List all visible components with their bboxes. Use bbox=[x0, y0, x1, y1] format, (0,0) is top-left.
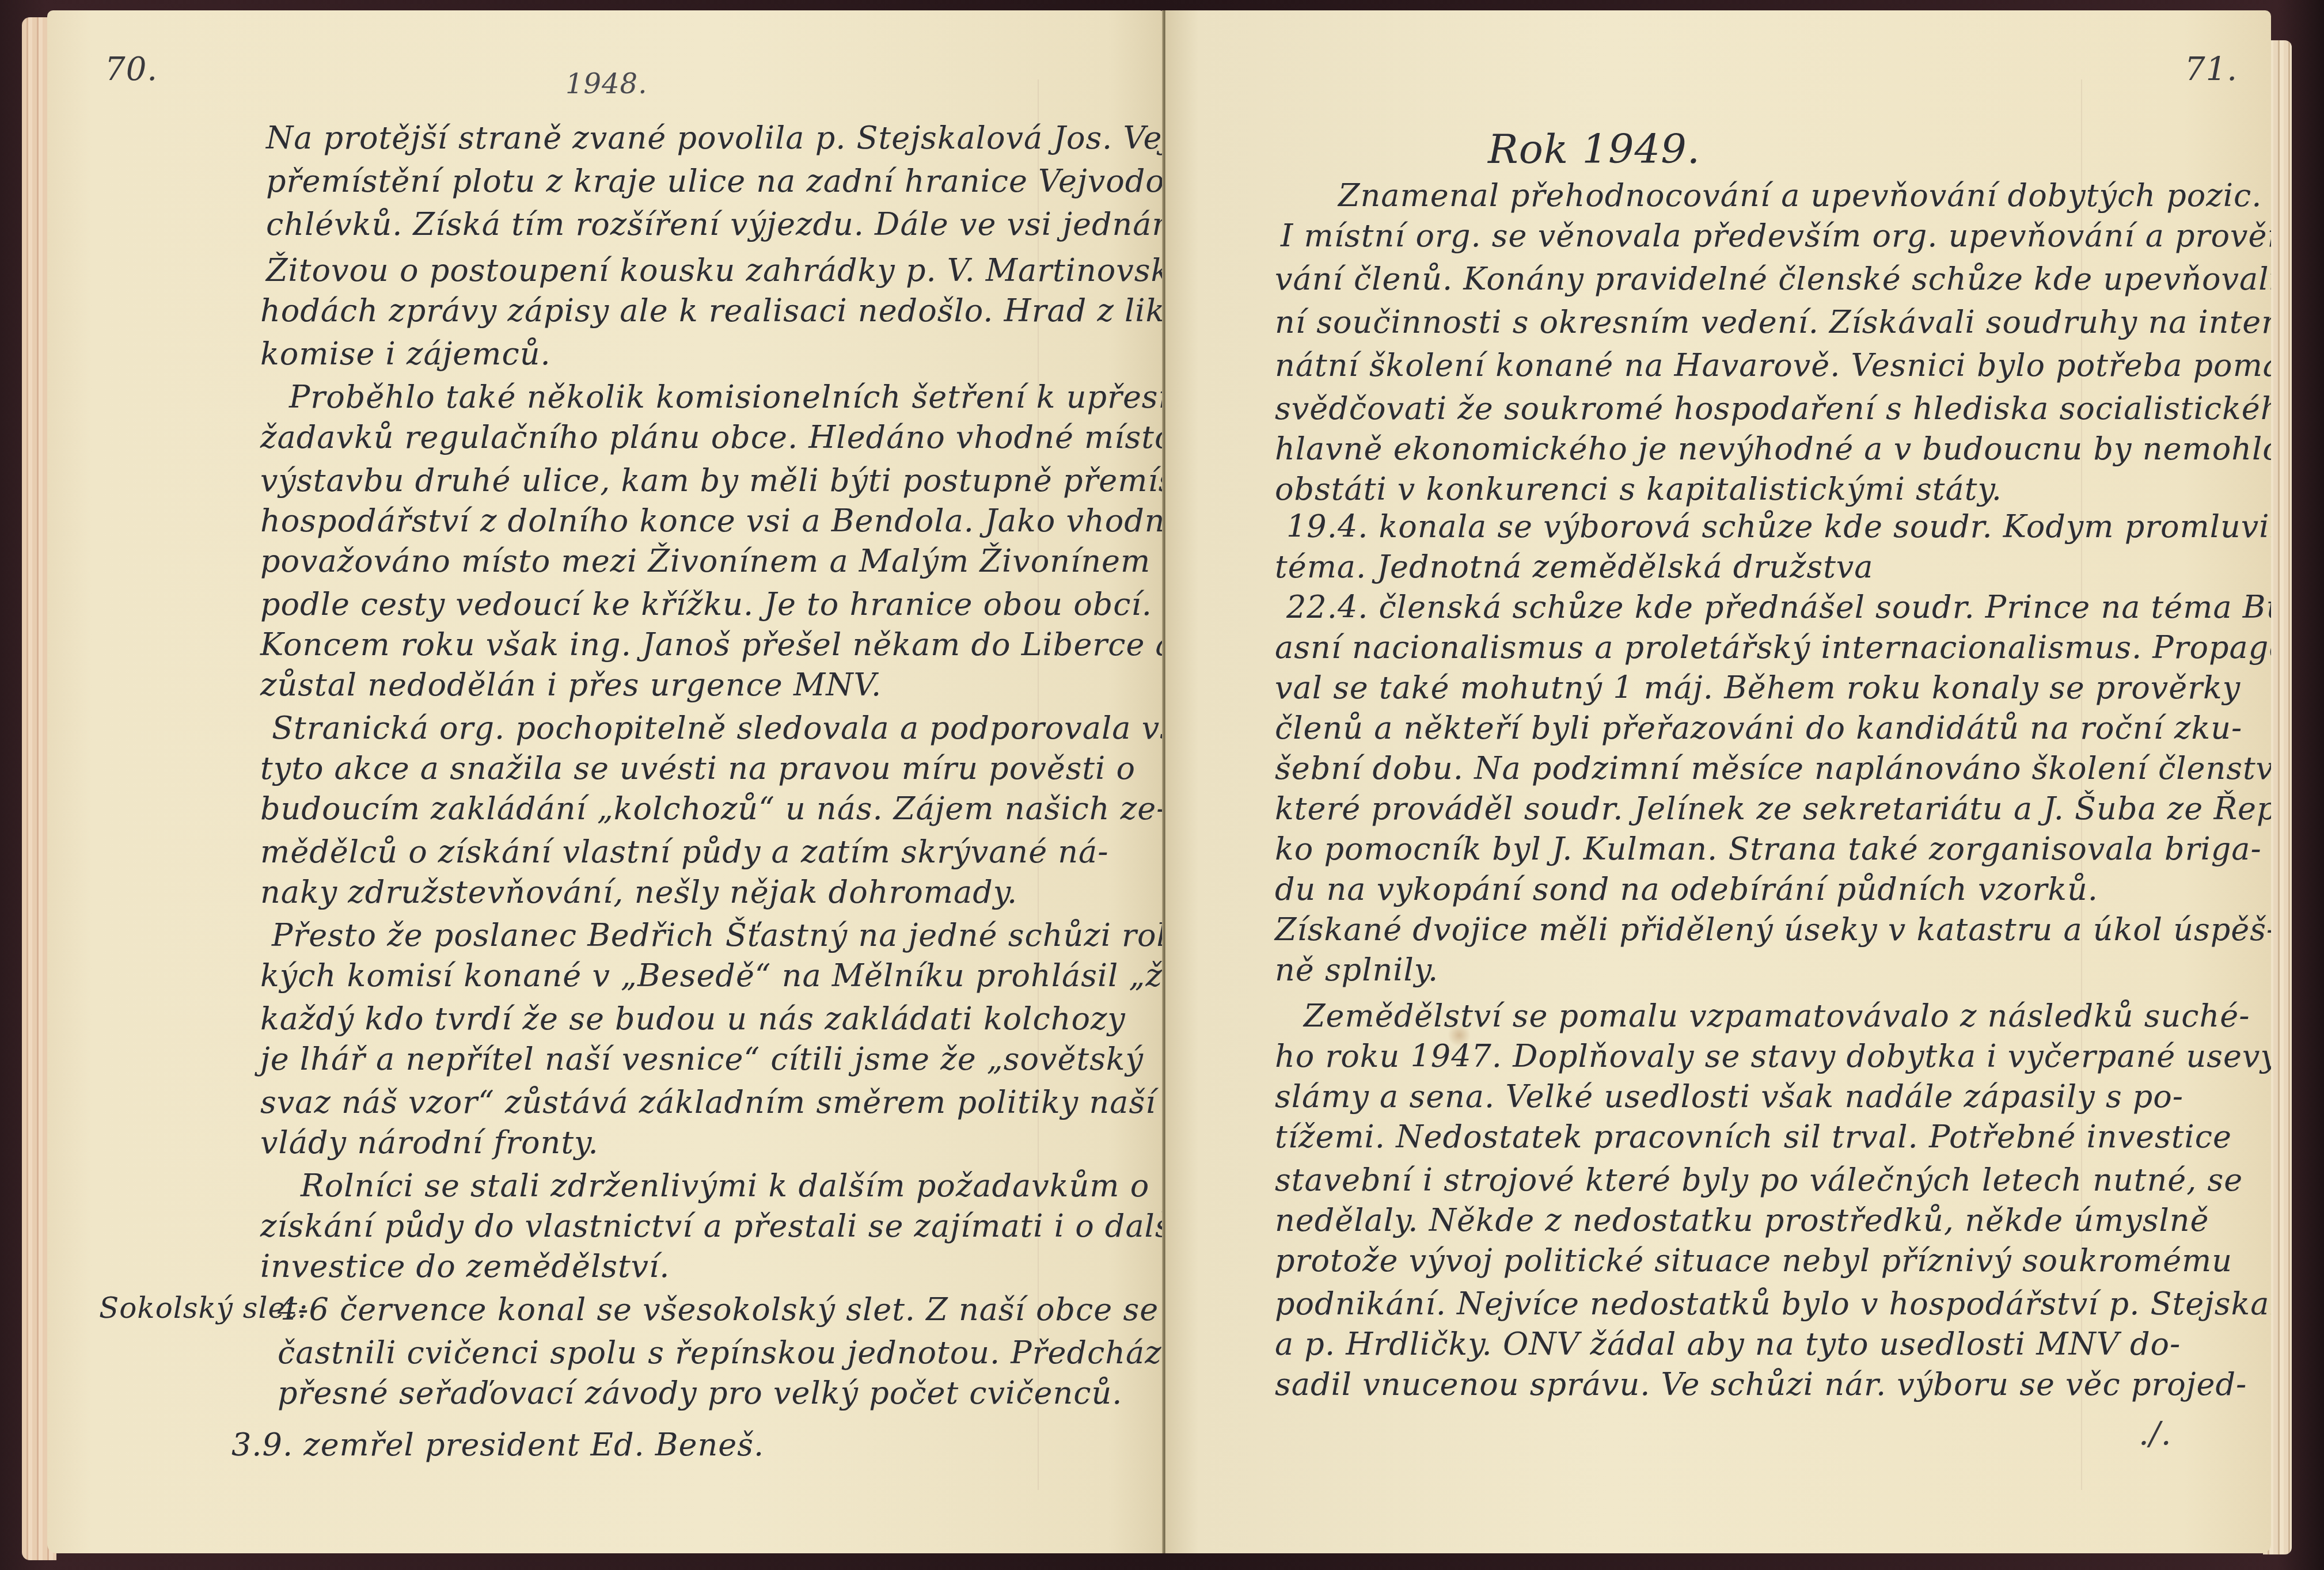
text-line: Rolníci se stali zdrženlivými k dalším p… bbox=[301, 1168, 1149, 1204]
text-line: žadavků regulačního plánu obce. Hledáno … bbox=[260, 419, 1164, 455]
text-line: nedělaly. Někde z nedostatku prostředků,… bbox=[1275, 1202, 2209, 1238]
text-line: val se také mohutný 1 máj. Během roku ko… bbox=[1275, 670, 2241, 706]
text-line: naky združstevňování, nešly nějak dohrom… bbox=[260, 874, 1017, 910]
text-line: nátní školení konané na Havarově. Vesnic… bbox=[1275, 347, 2271, 383]
text-line: hlavně ekonomického je nevýhodné a v bud… bbox=[1275, 431, 2271, 467]
text-line: Znamenal přehodnocování a upevňování dob… bbox=[1338, 177, 2262, 214]
text-line: které prováděl soudr. Jelínek ze sekreta… bbox=[1275, 790, 2271, 827]
text-line: Přesto že poslanec Bedřich Šťastný na je… bbox=[272, 917, 1164, 953]
text-line: je lhář a nepřítel naší vesnice“ cítili … bbox=[260, 1041, 1144, 1077]
text-line: slámy a sena. Velké usedlosti však nadál… bbox=[1275, 1078, 2184, 1115]
text-line: podle cesty vedoucí ke křížku. Je to hra… bbox=[260, 586, 1152, 622]
text-line: tyto akce a snažila se uvésti na pravou … bbox=[260, 750, 1136, 786]
text-line: chlévků. Získá tím rozšíření výjezdu. Dá… bbox=[266, 206, 1164, 242]
text-line: 19.4. konala se výborová schůze kde soud… bbox=[1286, 508, 2271, 545]
text-line: du na vykopání sond na odebírání půdních… bbox=[1275, 871, 2098, 907]
text-line: získání půdy do vlastnictví a přestali s… bbox=[260, 1208, 1164, 1244]
text-line: Získané dvojice měli přidělený úseky v k… bbox=[1275, 911, 2271, 948]
text-line: vání členů. Konány pravidelné členské sc… bbox=[1275, 261, 2271, 297]
text-line: ko pomocník byl J. Kulman. Strana také z… bbox=[1275, 831, 2262, 867]
text-line: přemístění plotu z kraje ulice na zadní … bbox=[266, 163, 1164, 199]
page-number: 71. bbox=[2185, 51, 2238, 88]
margin-note: Sokolský slet: bbox=[99, 1291, 308, 1325]
text-line: sadil vnucenou správu. Ve schůzi nár. vý… bbox=[1275, 1366, 2247, 1402]
text-line: investice do zemědělství. bbox=[260, 1248, 670, 1284]
text-line: kých komisí konané v „Besedě“ na Mělníku… bbox=[260, 957, 1164, 994]
text-line: budoucím zakládání „kolchozů“ u nás. Záj… bbox=[260, 790, 1164, 827]
text-line: každý kdo tvrdí že se budou u nás zaklád… bbox=[260, 1001, 1126, 1037]
text-line: mědělců o získání vlastní půdy a zatím s… bbox=[260, 834, 1108, 870]
text-line: stavební i strojové které byly po válečn… bbox=[1275, 1162, 2243, 1198]
year-header: 1948. bbox=[565, 68, 647, 100]
text-line: asní nacionalismus a proletářský interna… bbox=[1275, 629, 2271, 666]
text-line: 4-6 července konal se všesokolský slet. … bbox=[278, 1291, 1164, 1328]
text-line: zůstal nedodělán i přes urgence MNV. bbox=[260, 667, 882, 703]
text-line: Stranická org. pochopitelně sledovala a … bbox=[272, 710, 1164, 746]
text-line: vlády národní fronty. bbox=[260, 1124, 599, 1161]
text-line: svaz náš vzor“ zůstává základním směrem … bbox=[260, 1084, 1156, 1120]
text-line: považováno místo mezi Živonínem a Malým … bbox=[260, 543, 1150, 579]
text-line: I místní org. se věnovala především org.… bbox=[1281, 218, 2271, 254]
text-line: obstáti v konkurenci s kapitalistickými … bbox=[1275, 471, 2002, 507]
text-line: ho roku 1947. Doplňovaly se stavy dobytk… bbox=[1275, 1038, 2271, 1074]
text-line: hospodářství z dolního konce vsi a Bendo… bbox=[260, 503, 1164, 539]
text-line: téma. Jednotná zemědělská družstva bbox=[1275, 549, 1874, 585]
text-line: členů a někteří byli přeřazováni do kand… bbox=[1275, 710, 2242, 746]
text-line: Proběhlo také několik komisionelních šet… bbox=[289, 379, 1164, 415]
text-line: hodách zprávy zápisy ale k realisaci ned… bbox=[260, 292, 1164, 329]
text-line: svědčovati že soukromé hospodaření s hle… bbox=[1275, 390, 2271, 427]
text-line: 22.4. členská schůze kde přednášel soudr… bbox=[1286, 589, 2271, 625]
ink-stain bbox=[1448, 1024, 1471, 1047]
text-line: 3.9. zemřel president Ed. Beneš. bbox=[231, 1427, 764, 1463]
text-line: podnikání. Nejvíce nedostatků bylo v hos… bbox=[1275, 1286, 2271, 1322]
text-line: přesné seřaďovací závody pro velký počet… bbox=[278, 1375, 1123, 1411]
left-page: 70. 1948. Na protější straně zvané povol… bbox=[47, 10, 1164, 1553]
text-line: protože vývoj politické situace nebyl př… bbox=[1275, 1242, 2232, 1279]
page-number: 70. bbox=[105, 51, 158, 88]
text-line: výstavbu druhé ulice, kam by měli býti p… bbox=[260, 462, 1164, 499]
text-line: Na protější straně zvané povolila p. Ste… bbox=[266, 120, 1164, 156]
continuation-mark: ./. bbox=[2139, 1415, 2171, 1453]
text-line: šební dobu. Na podzimní měsíce naplánová… bbox=[1275, 750, 2271, 786]
text-line: Žitovou o postoupení kousku zahrádky p. … bbox=[266, 252, 1164, 288]
text-line: a p. Hrdličky. ONV žádal aby na tyto use… bbox=[1275, 1326, 2181, 1362]
text-line: ně splnily. bbox=[1275, 952, 1438, 988]
text-line: ní součinnosti s okresním vedení. Získáv… bbox=[1275, 304, 2271, 340]
text-line: tížemi. Nedostatek pracovních sil trval.… bbox=[1275, 1119, 2232, 1155]
page-heading: Rok 1949. bbox=[1488, 126, 1700, 173]
text-line: Zemědělství se pomalu vzpamatovávalo z n… bbox=[1304, 998, 2250, 1034]
text-line: komise i zájemců. bbox=[260, 336, 551, 372]
text-line: Koncem roku však ing. Janoš přešel někam… bbox=[260, 626, 1164, 663]
right-page: 71. Rok 1949. Znamenal přehodnocování a … bbox=[1165, 10, 2271, 1553]
text-line: častnili cvičenci spolu s řepínskou jedn… bbox=[278, 1335, 1164, 1371]
